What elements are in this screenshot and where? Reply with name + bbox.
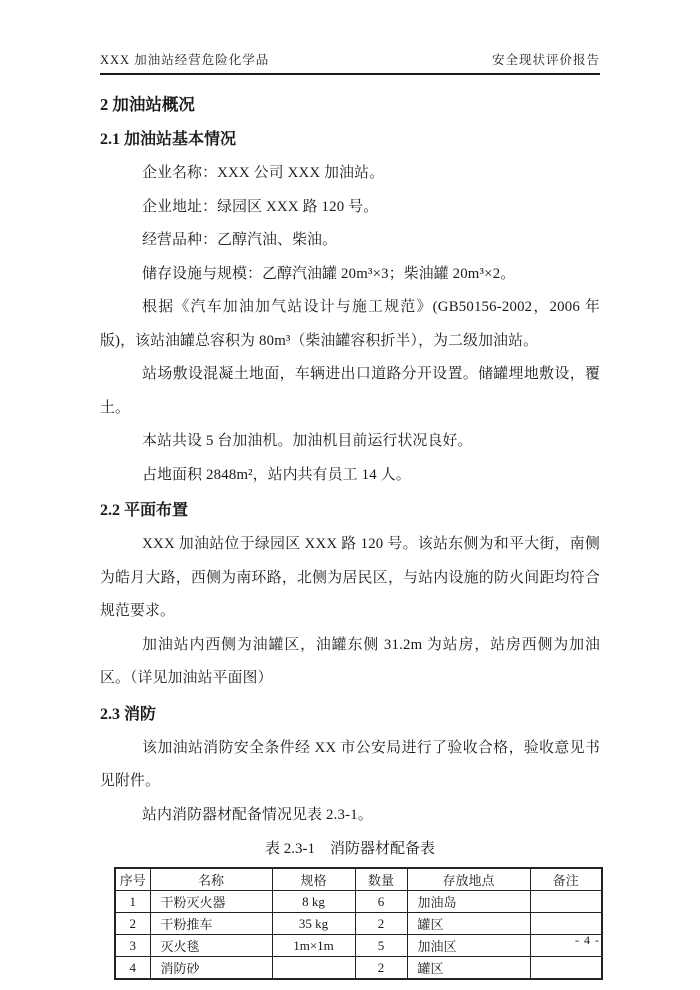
table-cell-remark [530,957,602,980]
table-row: 3 灭火毯 1m×1m 5 加油区 [115,935,602,957]
table-cell-name: 灭火毯 [150,935,272,957]
table-cell-serial: 1 [115,891,150,913]
paragraph-products: 经营品种：乙醇汽油、柴油。 [100,224,600,258]
paragraph-fire-acceptance: 该加油站消防安全条件经 XX 市公安局进行了验收合格，验收意见书见附件。 [100,732,600,799]
chapter-heading: 2 加油站概况 [100,88,600,121]
table-cell-spec: 8 kg [272,891,355,913]
fire-equipment-table: 序号 名称 规格 数量 存放地点 备注 1 干粉灭火器 8 kg 6 加油岛 [114,867,603,980]
table-header-serial: 序号 [115,868,150,891]
table-cell-quantity: 2 [355,913,407,935]
table-row: 1 干粉灭火器 8 kg 6 加油岛 [115,891,602,913]
page-header: XXX 加油站经营危险化学品 安全现状评价报告 [100,50,600,75]
document-content: 2 加油站概况 2.1 加油站基本情况 企业名称：XXX 公司 XXX 加油站。… [100,84,600,980]
paragraph-location-surroundings: XXX 加油站位于绿园区 XXX 路 120 号。该站东侧为和平大街，南侧为皓月… [100,528,600,629]
section-heading-fire-protection: 2.3 消防 [100,698,600,731]
table-caption: 表 2.3-1 消防器材配备表 [100,834,600,864]
table-row: 2 干粉推车 35 kg 2 罐区 [115,913,602,935]
table-cell-quantity: 5 [355,935,407,957]
table-cell-name: 干粉推车 [150,913,272,935]
table-cell-spec: 1m×1m [272,935,355,957]
paragraph-area-staff: 占地面积 2848m²，站内共有员工 14 人。 [100,459,600,493]
table-cell-location: 罐区 [407,913,530,935]
table-cell-name: 消防砂 [150,957,272,980]
table-cell-quantity: 2 [355,957,407,980]
paragraph-internal-zones: 加油站内西侧为油罐区，油罐东侧 31.2m 为站房，站房西侧为加油区。（详见加油… [100,629,600,696]
paragraph-dispensers: 本站共设 5 台加油机。加油机目前运行状况良好。 [100,425,600,459]
paragraph-company-name: 企业名称：XXX 公司 XXX 加油站。 [100,157,600,191]
table-cell-location: 罐区 [407,957,530,980]
table-cell-location: 加油岛 [407,891,530,913]
table-row: 4 消防砂 2 罐区 [115,957,602,980]
table-header-remark: 备注 [530,868,602,891]
header-left-title: XXX 加油站经营危险化学品 [100,50,269,68]
table-header-quantity: 数量 [355,868,407,891]
table-cell-serial: 4 [115,957,150,980]
table-cell-serial: 3 [115,935,150,957]
table-cell-quantity: 6 [355,891,407,913]
table-cell-location: 加油区 [407,935,530,957]
table-cell-spec [272,957,355,980]
table-header-name: 名称 [150,868,272,891]
table-header-location: 存放地点 [407,868,530,891]
paragraph-site-layout: 站场敷设混凝土地面，车辆进出口道路分开设置。储罐埋地敷设，覆土。 [100,358,600,425]
paragraph-company-address: 企业地址：绿园区 XXX 路 120 号。 [100,191,600,225]
table-cell-spec: 35 kg [272,913,355,935]
table-header-spec: 规格 [272,868,355,891]
page-number: - 4 - [575,933,600,948]
paragraph-standard-classification: 根据《汽车加油加气站设计与施工规范》(GB50156-2002，2006 年版)… [100,291,600,358]
table-cell-remark [530,891,602,913]
paragraph-storage-facilities: 储存设施与规模：乙醇汽油罐 20m³×3；柴油罐 20m³×2。 [100,258,600,292]
header-right-title: 安全现状评价报告 [492,50,600,68]
section-heading-basic-info: 2.1 加油站基本情况 [100,123,600,156]
section-heading-layout: 2.2 平面布置 [100,494,600,527]
table-cell-name: 干粉灭火器 [150,891,272,913]
table-cell-serial: 2 [115,913,150,935]
table-header-row: 序号 名称 规格 数量 存放地点 备注 [115,868,602,891]
paragraph-fire-table-reference: 站内消防器材配备情况见表 2.3-1。 [100,799,600,833]
table-cell-remark [530,913,602,935]
document-page: XXX 加油站经营危险化学品 安全现状评价报告 2 加油站概况 2.1 加油站基… [0,0,700,990]
